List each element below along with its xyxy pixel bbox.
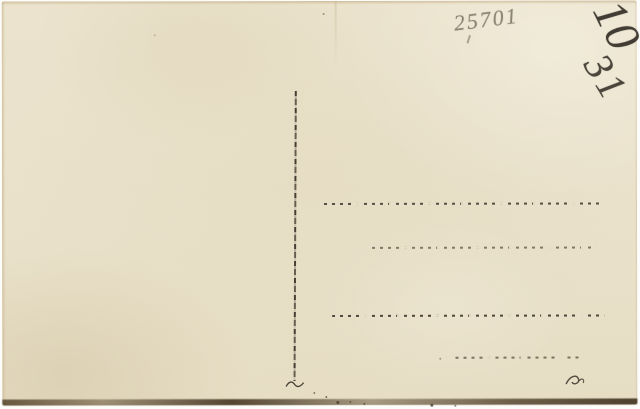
ink-speck: [154, 34, 156, 36]
ink-speck: [454, 405, 456, 407]
ink-speck: [439, 358, 441, 360]
handwritten-diagonal-number-31: 31: [577, 47, 635, 107]
postcard-back: 25701 10 31: [2, 0, 638, 405]
address-lines-layer: [2, 0, 637, 1]
ink-squiggle-bottom-center: [285, 379, 305, 389]
card-bottom-shadow: [2, 398, 637, 405]
handwritten-catalog-number: 25701: [453, 5, 520, 35]
address-dotted-line: [372, 247, 596, 249]
postcard-photo: 25701 10 31: [0, 0, 640, 409]
paper-scratch: [335, 1, 337, 67]
ink-speck: [323, 13, 325, 15]
address-dotted-line: [324, 203, 604, 205]
ink-speck: [313, 392, 315, 394]
address-dotted-line: [332, 315, 604, 317]
divider-line: [294, 91, 297, 381]
ink-squiggle-bottom-right: [564, 374, 586, 388]
pencil-tick-mark: [466, 35, 471, 44]
ink-speck: [325, 396, 327, 398]
ink-specks-layer: [2, 0, 637, 1]
address-dotted-line: [455, 357, 581, 359]
